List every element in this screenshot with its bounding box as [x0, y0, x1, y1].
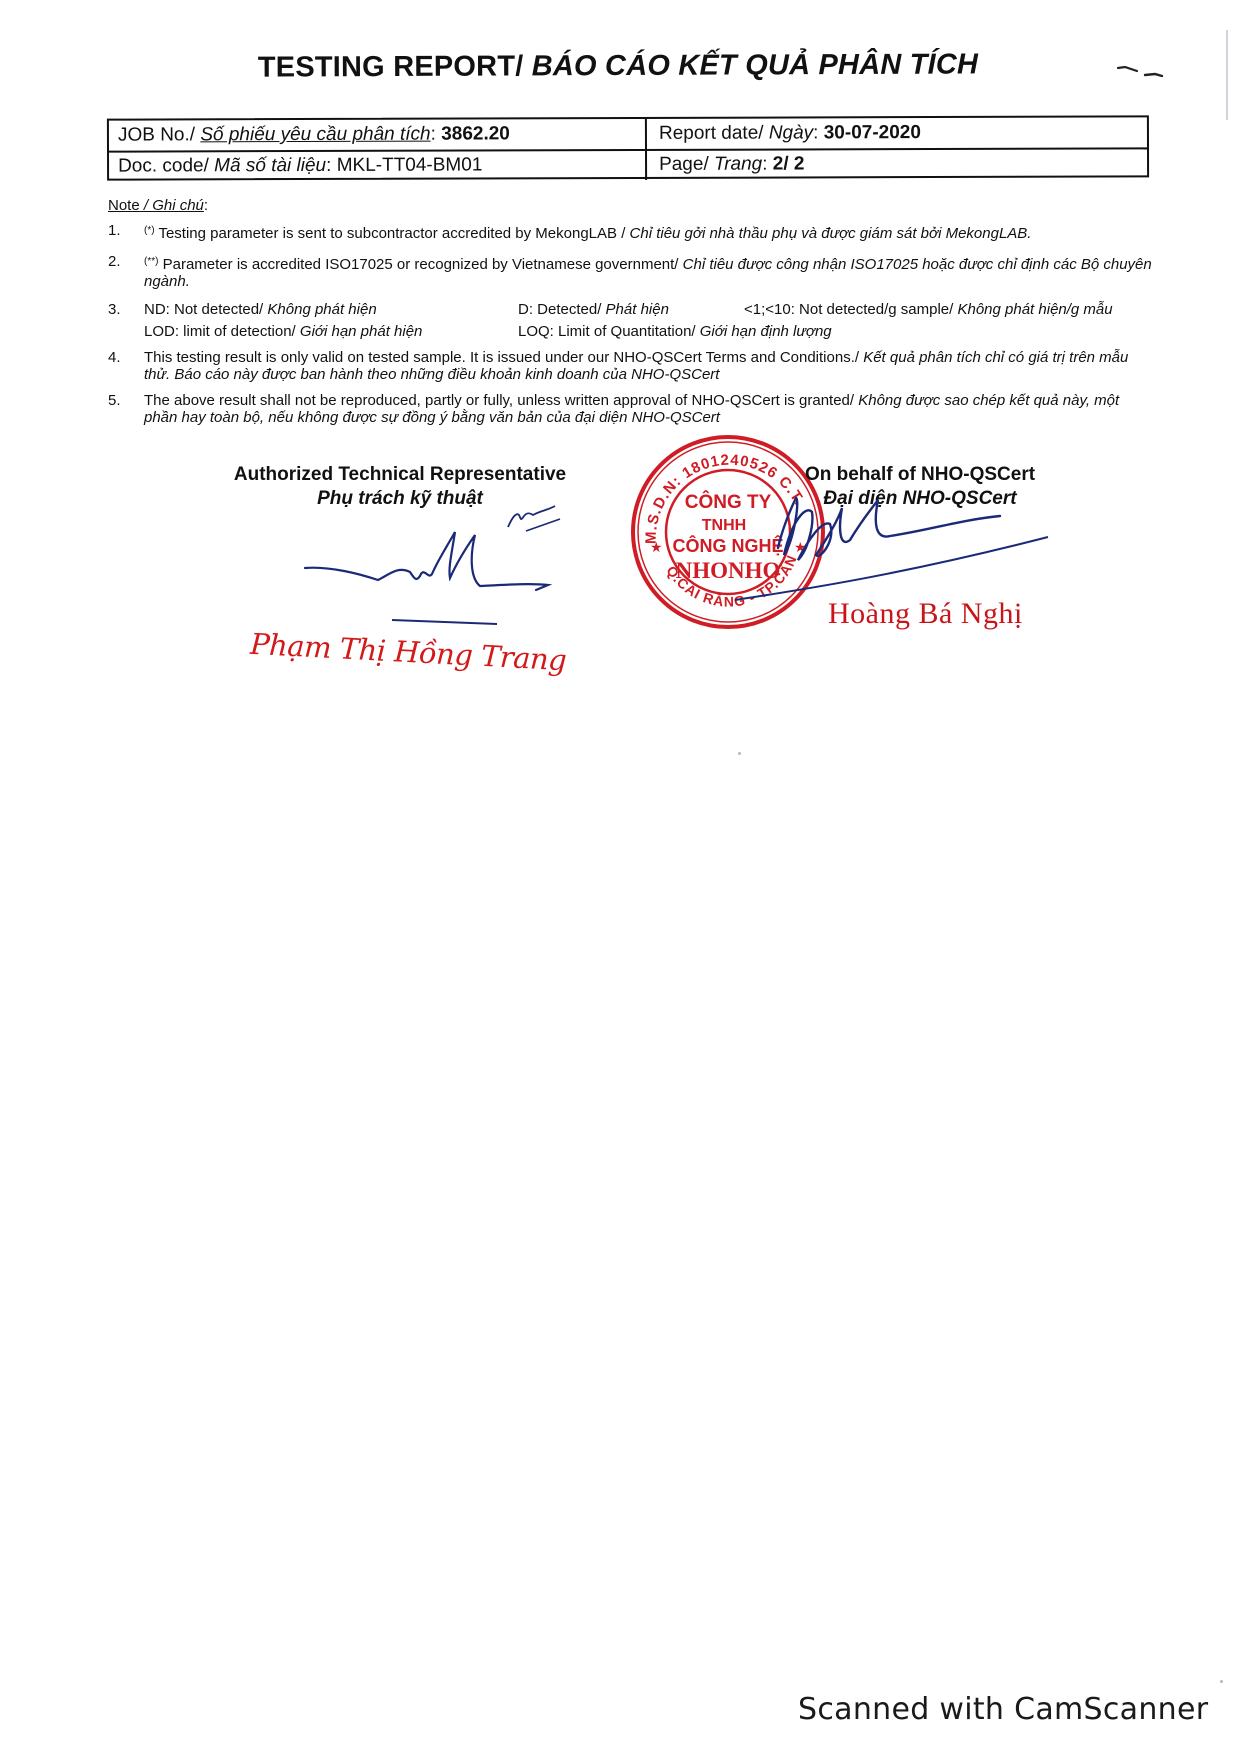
scan-speck — [1220, 1680, 1223, 1683]
stamp-line-4: NHONHO — [676, 558, 781, 583]
doc-code-label-en: Doc. code/ — [118, 155, 214, 176]
abbr-loq: LOQ: Limit of Quantitation/ Giới hạn địn… — [518, 321, 832, 343]
notes-title: Note / Ghi chú: — [108, 197, 1158, 214]
note-number: 3. — [108, 299, 121, 321]
doc-code-cell: Doc. code/ Mã số tài liệu: MKL-TT04-BM01 — [109, 150, 647, 182]
separator: : — [762, 154, 773, 175]
header-row-1: JOB No./ Số phiếu yêu cầu phân tích: 386… — [109, 117, 1147, 152]
nho-qscert-representative-name: Hoàng Bá Nghị — [828, 597, 1023, 631]
abbr-vi: Không phát hiện — [267, 301, 376, 318]
nho-qscert-representative-block: On behalf of NHO-QSCert Đại diện NHO-QSC… — [740, 463, 1100, 511]
report-title: TESTING REPORT/ BÁO CÁO KẾT QUẢ PHÂN TÍC… — [0, 47, 1238, 85]
technical-representative-title-en: Authorized Technical Representative — [200, 463, 600, 487]
note-number: 4. — [108, 349, 121, 366]
nho-qscert-title-en: On behalf of NHO-QSCert — [740, 463, 1100, 487]
note-text-en: The above result shall not be reproduced… — [144, 392, 858, 409]
page-label-en: Page/ — [659, 154, 714, 175]
abbr-vi: Phát hiện — [606, 301, 669, 318]
star-icon: ★ — [650, 539, 663, 555]
page-value: 2/ 2 — [773, 153, 805, 174]
separator: : — [813, 122, 824, 143]
separator: : — [431, 124, 442, 145]
company-seal-stamp: M.S.D.N: 1801240526 C.T.T.N.H.H Q.CÁI RĂ… — [628, 432, 828, 632]
report-date-value: 30-07-2020 — [824, 122, 921, 143]
job-number-value: 3862.20 — [441, 123, 510, 144]
scan-edge-line — [1226, 30, 1228, 120]
abbr-vi: Giới hạn phát hiện — [300, 323, 422, 340]
note-item-2: 2. (**) Parameter is accredited ISO17025… — [108, 253, 1154, 290]
separator: : — [326, 155, 337, 176]
technical-representative-block: Authorized Technical Representative Phụ … — [200, 463, 600, 511]
notes-title-colon: : — [204, 197, 208, 214]
header-info-table: JOB No./ Số phiếu yêu cầu phân tích: 386… — [107, 115, 1149, 180]
abbr-not-detected-per-g: <1;<10: Not detected/g sample/ Không phá… — [744, 299, 1113, 321]
camscanner-watermark: Scanned with CamScanner — [798, 1692, 1208, 1727]
abbr-en: <1;<10: Not detected/g sample/ — [744, 301, 957, 318]
abbr-en: D: Detected/ — [518, 301, 606, 318]
notes-section: Note / Ghi chú: 1. (*) Testing parameter… — [108, 197, 1158, 435]
abbr-en: ND: Not detected/ — [144, 301, 267, 318]
abbreviations-line-2: LOD: limit of detection/ Giới hạn phát h… — [144, 321, 1158, 343]
note-marker: (*) — [144, 225, 155, 236]
note-item-4: 4. This testing result is only valid on … — [108, 349, 1156, 383]
left-signature-icon — [305, 532, 548, 590]
stamp-line-2: TNHH — [702, 517, 746, 534]
job-number-label-vi: Số phiếu yêu cầu phân tích — [200, 124, 430, 146]
pen-mark-icon — [1115, 62, 1175, 82]
scan-speck — [738, 752, 741, 755]
page-cell: Page/ Trang: 2/ 2 — [647, 148, 1147, 180]
star-icon: ★ — [794, 539, 807, 555]
report-date-cell: Report date/ Ngày: 30-07-2020 — [647, 117, 1147, 149]
note-text-en: This testing result is only valid on tes… — [144, 349, 863, 366]
report-date-label-en: Report date/ — [659, 123, 769, 144]
note-item-3: 3. ND: Not detected/ Không phát hiện D: … — [108, 299, 1158, 343]
note-text-vi: Chỉ tiêu gởi nhà thầu phụ và được giám s… — [630, 225, 1032, 242]
technical-representative-name: Phạm Thị Hồng Trang — [249, 627, 567, 678]
note-number: 1. — [108, 222, 121, 239]
notes-title-en: Note — [108, 197, 140, 214]
abbr-vi: Không phát hiện/g mẫu — [957, 301, 1112, 318]
report-date-label-vi: Ngày — [769, 122, 813, 143]
note-marker: (**) — [144, 256, 158, 267]
abbr-en: LOD: limit of detection/ — [144, 323, 300, 340]
note-number: 5. — [108, 392, 121, 409]
note-text-en: Testing parameter is sent to subcontract… — [155, 225, 630, 242]
note-text-en: Parameter is accredited ISO17025 or reco… — [158, 256, 682, 273]
abbr-nd: ND: Not detected/ Không phát hiện — [144, 299, 518, 321]
job-number-cell: JOB No./ Số phiếu yêu cầu phân tích: 386… — [109, 119, 647, 151]
page-label-vi: Trang — [714, 154, 762, 175]
note-item-5: 5. The above result shall not be reprodu… — [108, 392, 1156, 426]
abbreviations-line-1: ND: Not detected/ Không phát hiện D: Det… — [144, 299, 1158, 321]
nho-qscert-title-vi: Đại diện NHO-QSCert — [740, 487, 1100, 511]
job-number-label-en: JOB No./ — [118, 124, 200, 145]
abbr-vi: Giới hạn định lượng — [700, 323, 832, 340]
doc-code-value: MKL-TT04-BM01 — [337, 154, 483, 175]
abbr-d: D: Detected/ Phát hiện — [518, 299, 744, 321]
abbr-en: LOQ: Limit of Quantitation/ — [518, 323, 700, 340]
abbr-lod: LOD: limit of detection/ Giới hạn phát h… — [144, 321, 518, 343]
note-item-1: 1. (*) Testing parameter is sent to subc… — [108, 222, 1158, 242]
report-title-vi: BÁO CÁO KẾT QUẢ PHÂN TÍCH — [532, 48, 979, 82]
notes-title-vi: / Ghi chú — [140, 197, 204, 214]
report-title-en: TESTING REPORT/ — [258, 50, 532, 83]
header-row-2: Doc. code/ Mã số tài liệu: MKL-TT04-BM01… — [109, 148, 1147, 181]
note-number: 2. — [108, 253, 121, 270]
doc-code-label-vi: Mã số tài liệu — [214, 155, 326, 176]
technical-representative-title-vi: Phụ trách kỹ thuật — [200, 487, 600, 511]
stamp-line-3: CÔNG NGHỆ — [672, 535, 783, 556]
